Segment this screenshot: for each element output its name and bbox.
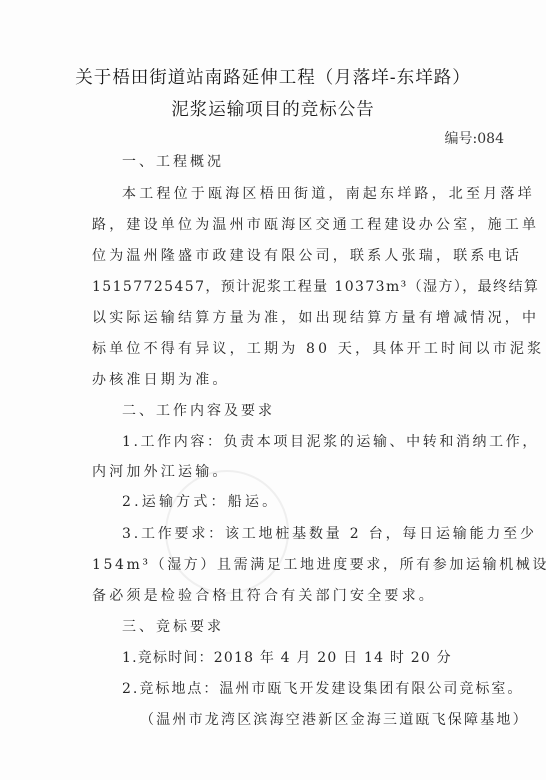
section-1-line: 路，建设单位为温州市瓯海区交通工程建设办公室，施工单 bbox=[92, 215, 512, 235]
section-1-line: 标单位不得有异议，工期为 80 天，具体开工时间以市泥浆 bbox=[92, 339, 512, 359]
section-1-line: 本工程位于瓯海区梧田街道，南起东垟路，北至月落垟 bbox=[122, 184, 542, 204]
section-2-line: 154m³（湿方）且需满足工地进度要求，所有参加运输机械设 bbox=[92, 555, 512, 575]
scanned-document-page: 关于梧田街道站南路延伸工程（月落垟-东垟路） 泥浆运输项目的竞标公告 编号:08… bbox=[0, 0, 546, 780]
section-1-line: 位为温州隆盛市政建设有限公司，联系人张瑞，联系电话 bbox=[92, 246, 512, 266]
section-1-line: 15157725457，预计泥浆工程量 10373m³（湿方），最终结算 bbox=[92, 277, 512, 297]
document-number: 编号:084 bbox=[445, 128, 504, 148]
section-1-line: 办核准日期为准。 bbox=[92, 370, 512, 390]
bid-time: 1.竞标时间：2018 年 4 月 20 日 14 时 20 分 bbox=[122, 648, 542, 668]
section-3-heading: 三、竞标要求 bbox=[122, 617, 542, 637]
section-2-line: 3.工作要求：该工地桩基数量 2 台，每日运输能力至少 bbox=[122, 524, 542, 544]
section-1-line: 以实际运输结算方量为准，如出现结算方量有增减情况，中 bbox=[92, 308, 512, 328]
section-2-heading: 二、工作内容及要求 bbox=[122, 401, 542, 421]
section-2-line: 1.工作内容：负责本项目泥浆的运输、中转和消纳工作， bbox=[122, 432, 542, 452]
bid-location-address: （温州市龙湾区滨海空港新区金海三道瓯飞保障基地） bbox=[140, 710, 546, 730]
section-2-line: 2.运输方式：船运。 bbox=[122, 492, 542, 512]
section-2-line: 备必须是检验合格且符合有关部门安全要求。 bbox=[92, 586, 512, 606]
section-2-line: 内河加外江运输。 bbox=[92, 462, 512, 482]
document-title-line-1: 关于梧田街道站南路延伸工程（月落垟-东垟路） bbox=[0, 64, 546, 89]
bid-location: 2.竞标地点：温州市瓯飞开发建设集团有限公司竞标室。 bbox=[122, 679, 542, 699]
section-1-heading: 一、工程概况 bbox=[122, 152, 542, 172]
document-title-line-2: 泥浆运输项目的竞标公告 bbox=[0, 96, 546, 121]
